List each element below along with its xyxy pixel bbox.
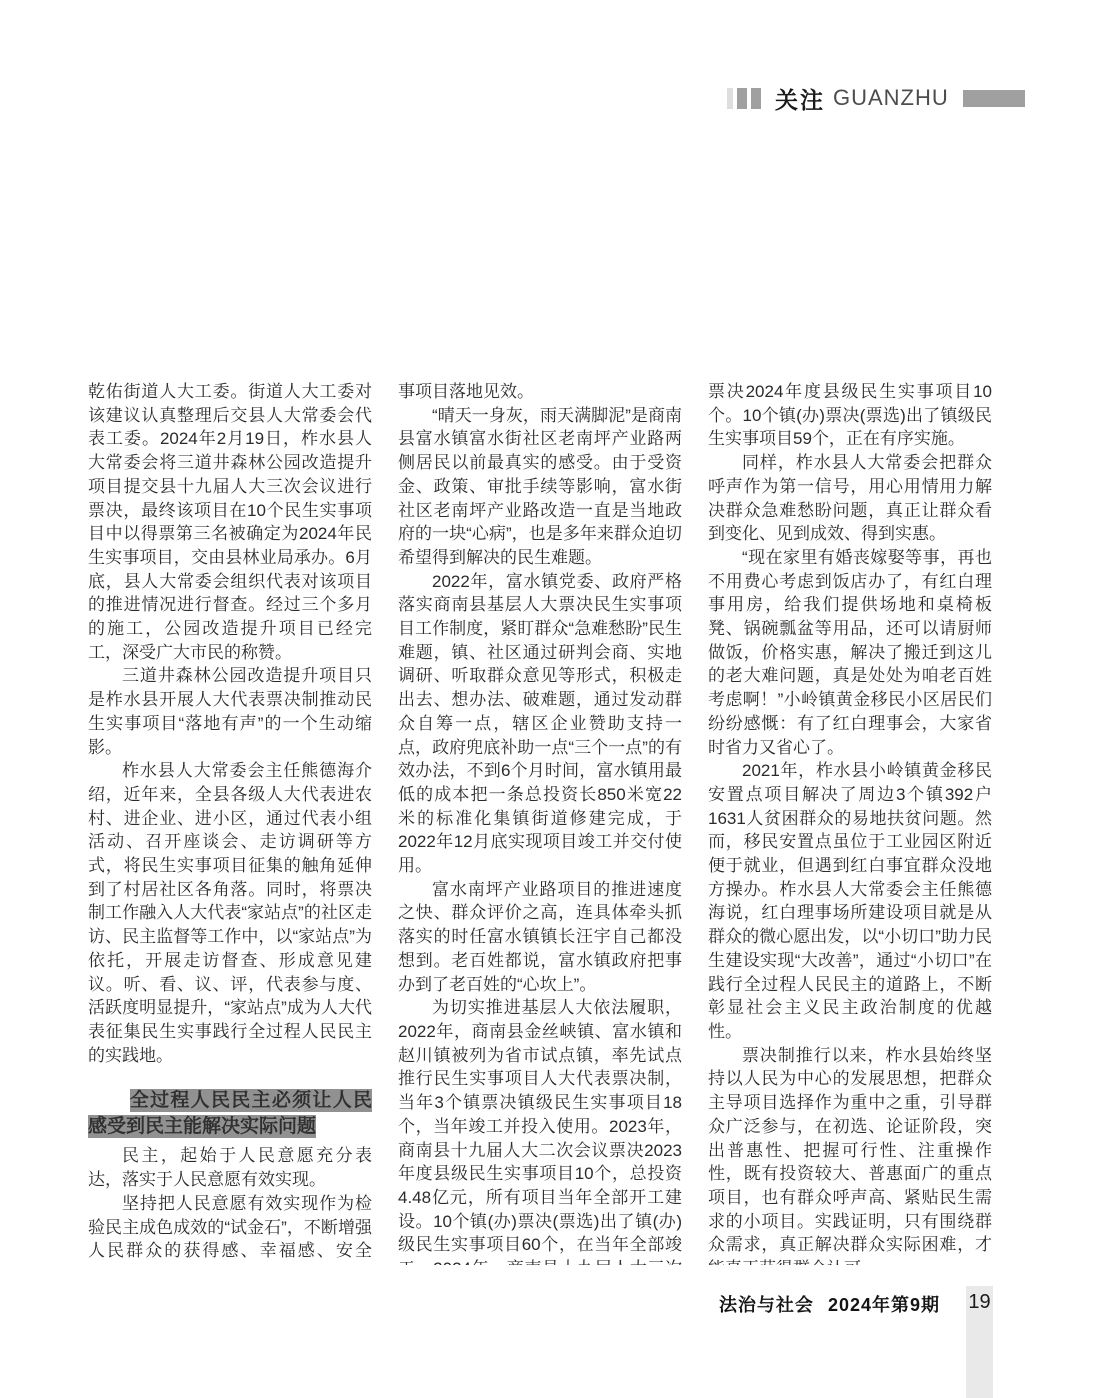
text-column-3: 票决2024年度县级民生实事项目10个。10个镇(办)票决(票选)出了镇级民生实… xyxy=(708,380,992,1265)
paragraph: “现在家里有婚丧嫁娶等事，再也不用费心考虑到饭店办了，有红白理事用房，给我们提供… xyxy=(708,546,992,759)
paragraph: 坚持把人民意愿有效实现作为检验民主成色成效的“试金石”，不断增强人民群众的获得感… xyxy=(88,1192,372,1265)
magazine-page: 关注 GUANZHU 乾佑街道人大工委。街道人大工委对该建议认真整理后交县人大常… xyxy=(0,0,1100,1398)
section-subheading: 全过程人民民主必须让人民感受到民主能解决实际问题 xyxy=(88,1088,372,1139)
paragraph: 柞水县人大常委会主任熊德海介绍，近年来，全县各级人大代表进农村、进企业、进小区，… xyxy=(88,759,372,1067)
section-header: 关注 GUANZHU xyxy=(727,86,1025,110)
page-number: 19 xyxy=(966,1286,993,1314)
paragraph: 票决2024年度县级民生实事项目10个。10个镇(办)票决(票选)出了镇级民生实… xyxy=(708,380,992,451)
header-accent-bar xyxy=(751,88,761,109)
footer-journal-title: 法治与社会 xyxy=(719,1295,814,1315)
text-column-1: 乾佑街道人大工委。街道人大工委对该建议认真整理后交县人大常委会代表工委。2024… xyxy=(88,380,372,1265)
text-column-2: 事项目落地见效。“晴天一身灰，雨天满脚泥”是商南县富水镇富水街社区老南坪产业路两… xyxy=(398,380,682,1265)
paragraph: 2022年，富水镇党委、政府严格落实商南县基层人大票决民生实事项目工作制度，紧盯… xyxy=(398,570,682,878)
paragraph: 富水南坪产业路项目的推进速度之快、群众评价之高，连具体牵头抓落实的时任富水镇镇长… xyxy=(398,878,682,997)
section-title: 关注 xyxy=(775,82,825,115)
paragraph: 事项目落地见效。 xyxy=(398,380,682,404)
subheading-highlight: 全过程人民民主必须让人民感受到民主能解决实际问题 xyxy=(88,1089,372,1138)
footer-issue: 2024年第9期 xyxy=(828,1295,940,1315)
header-end-bar xyxy=(963,90,1025,107)
paragraph: 同样，柞水县人大常委会把群众呼声作为第一信号，用心用情用力解决群众急难愁盼问题，… xyxy=(708,451,992,546)
paragraph: 乾佑街道人大工委。街道人大工委对该建议认真整理后交县人大常委会代表工委。2024… xyxy=(88,380,372,664)
header-accent-bar xyxy=(737,88,747,109)
paragraph: 票决制推行以来，柞水县始终坚持以人民为中心的发展思想，把群众主导项目选择作为重中… xyxy=(708,1044,992,1265)
page-number-strip: 19 xyxy=(966,1286,993,1398)
section-title-pinyin: GUANZHU xyxy=(833,85,949,111)
paragraph: 民主，起始于人民意愿充分表达，落实于人民意愿有效实现。 xyxy=(88,1144,372,1191)
header-accent-bar-light xyxy=(727,88,733,109)
paragraph: 2021年，柞水县小岭镇黄金移民安置点项目解决了周边3个镇392户1631人贫困… xyxy=(708,759,992,1043)
paragraph: 为切实推进基层人大依法履职，2022年，商南县金丝峡镇、富水镇和赵川镇被列为省市… xyxy=(398,996,682,1265)
footer: 法治与社会2024年第9期 xyxy=(0,1291,940,1317)
paragraph: “晴天一身灰，雨天满脚泥”是商南县富水镇富水街社区老南坪产业路两侧居民以前最真实… xyxy=(398,404,682,570)
paragraph: 三道井森林公园改造提升项目只是柞水县开展人大代表票决制推动民生实事项目“落地有声… xyxy=(88,664,372,759)
